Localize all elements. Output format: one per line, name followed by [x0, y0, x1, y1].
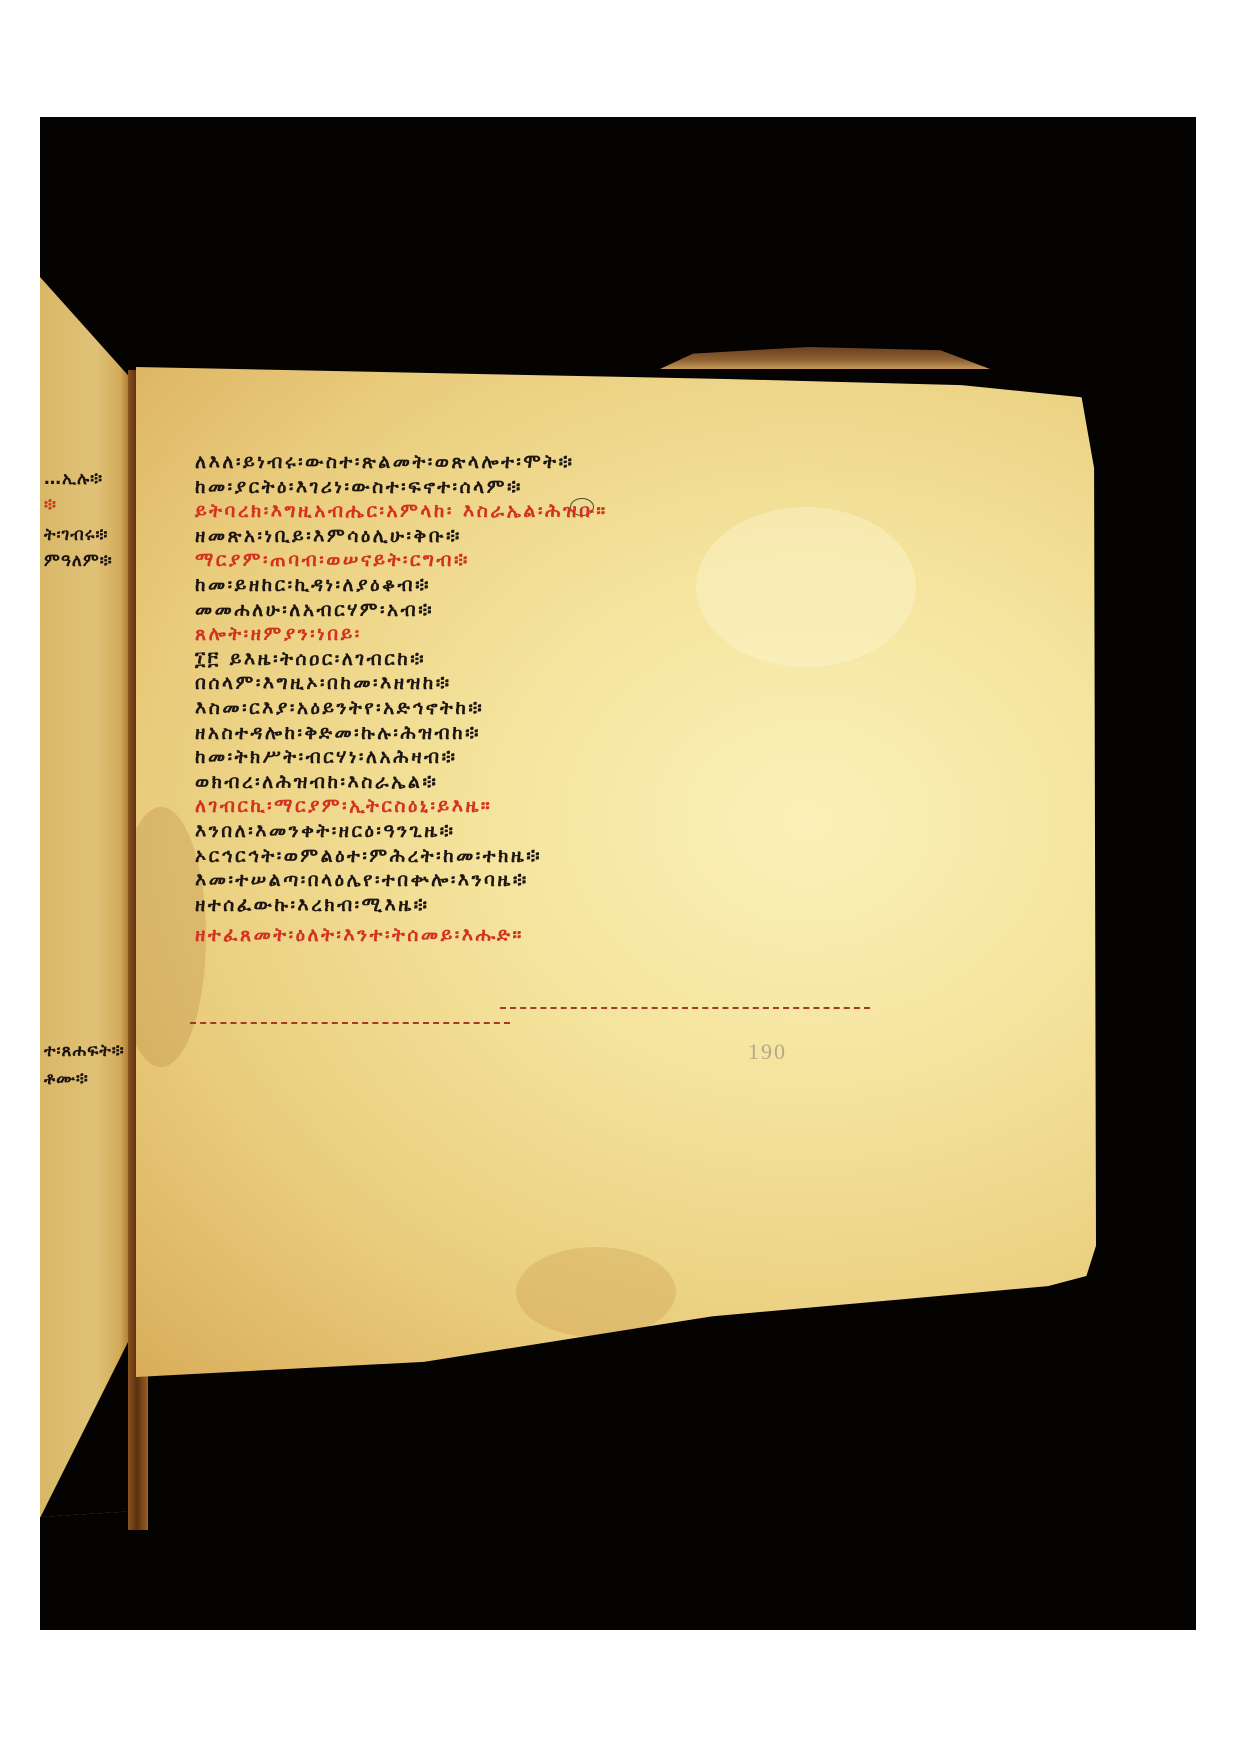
text-line-13: ከመ፡ትክሥት፡ብርሃነ፡ለአሕዛብ፨ [195, 745, 895, 770]
torn-top-edge [660, 347, 990, 369]
left-margin-line: ት፡ገብሩ፨ [44, 525, 134, 545]
text-line-16: እንበለ፡እመንቀት፡ዘርዕ፡ዓንጊዜ፨ [195, 819, 895, 844]
text-line-17: ኦርኅርኅት፡ወምልዕተ፡ምሕረት፡ከመ፡ተክዜ፨ [195, 844, 895, 869]
left-page-edge: …ኢሉ፨ ፨ ት፡ገብሩ፨ ምዓለም፨ ተ፡ጸሐፍት፨ ቶሙ፨ [40, 277, 140, 1517]
water-stain [516, 1247, 676, 1337]
text-line-10: በሰላም፡እግዚኦ፡በከመ፡እዘዝከ፨ [195, 671, 895, 696]
left-margin-line: ተ፡ጸሐፍት፨ [44, 1041, 134, 1061]
left-margin-line: ቶሙ፨ [44, 1069, 134, 1089]
text-line-9: ፲፫ ይእዜ፡ትሰዐር፡ለገብርከ፨ [195, 647, 895, 672]
text-line-19: ዘተሰፈውኩ፡እረክብ፡ሚእዜ፨ [195, 893, 895, 918]
text-line-18: እመ፡ተሠልጣ፡በላዕሌየ፡ተበቍሎ፡እንባዜ፨ [195, 868, 895, 893]
rubric-line-5: ማርያም፡ጠባብ፡ወሠናይት፡ርግብ፨ [195, 548, 895, 573]
text-line-2: ከመ፡ያርትዕ፡እገሪነ፡ውስተ፡ፍኖተ፡ሰላም፨ [195, 475, 895, 500]
left-margin-line: ምዓለም፨ [44, 551, 134, 571]
folio-number: 190 [748, 1039, 787, 1065]
rubric-heading-8: ጸሎት፡ዘምያን፡ነበይ፡ [195, 622, 895, 647]
left-margin-line: ፨ [44, 495, 134, 515]
text-line-12: ዘአስተዳሎከ፡ቅድመ፡ኩሉ፡ሕዝብከ፨ [195, 721, 895, 746]
text-line-4: ዘመጽአ፡ነቢይ፡እምሳዕሊሁ፡ቅቡ፨ [195, 524, 895, 549]
manuscript-photograph: …ኢሉ፨ ፨ ት፡ገብሩ፨ ምዓለም፨ ተ፡ጸሐፍት፨ ቶሙ፨ ለእለ፡ይነብሩ… [40, 117, 1196, 1630]
rubric-colophon-20: ዘተፈጸመት፡ዕለት፡እንተ፡ትሰመይ፡እሑድ። [195, 923, 895, 948]
decorative-dashed-rule [500, 1007, 870, 1009]
text-line-11: እስመ፡ርእያ፡አዕይንትየ፡አድኅኖትከ፨ [195, 696, 895, 721]
text-line-14: ወክብረ፡ለሕዝብከ፡እስራኤል፨ [195, 770, 895, 795]
text-line-6: ከመ፡ይዘከር፡ኪዳነ፡ለያዕቆብ፨ [195, 573, 895, 598]
decorative-dashed-rule [190, 1022, 510, 1024]
main-text-column: ለእለ፡ይነብሩ፡ውስተ፡ጽልመት፡ወጽላሎተ፡ሞት፨ ከመ፡ያርትዕ፡እገሪነ… [195, 450, 895, 948]
text-line-1: ለእለ፡ይነብሩ፡ውስተ፡ጽልመት፡ወጽላሎተ፡ሞት፨ [195, 450, 895, 475]
rubric-line-15: ለገብርኪ፡ማርያም፡ኢትርስዕኒ፡ይእዜ። [195, 794, 895, 819]
left-margin-line: …ኢሉ፨ [44, 469, 134, 489]
rubric-line-3: ይትባረክ፡እግዚአብሔር፡አምላከ፡ እስራኤል፡ሕዝቡ። [195, 499, 895, 524]
text-line-7: መመሐለሁ፡ለአብርሃም፡አብ፨ [195, 598, 895, 623]
